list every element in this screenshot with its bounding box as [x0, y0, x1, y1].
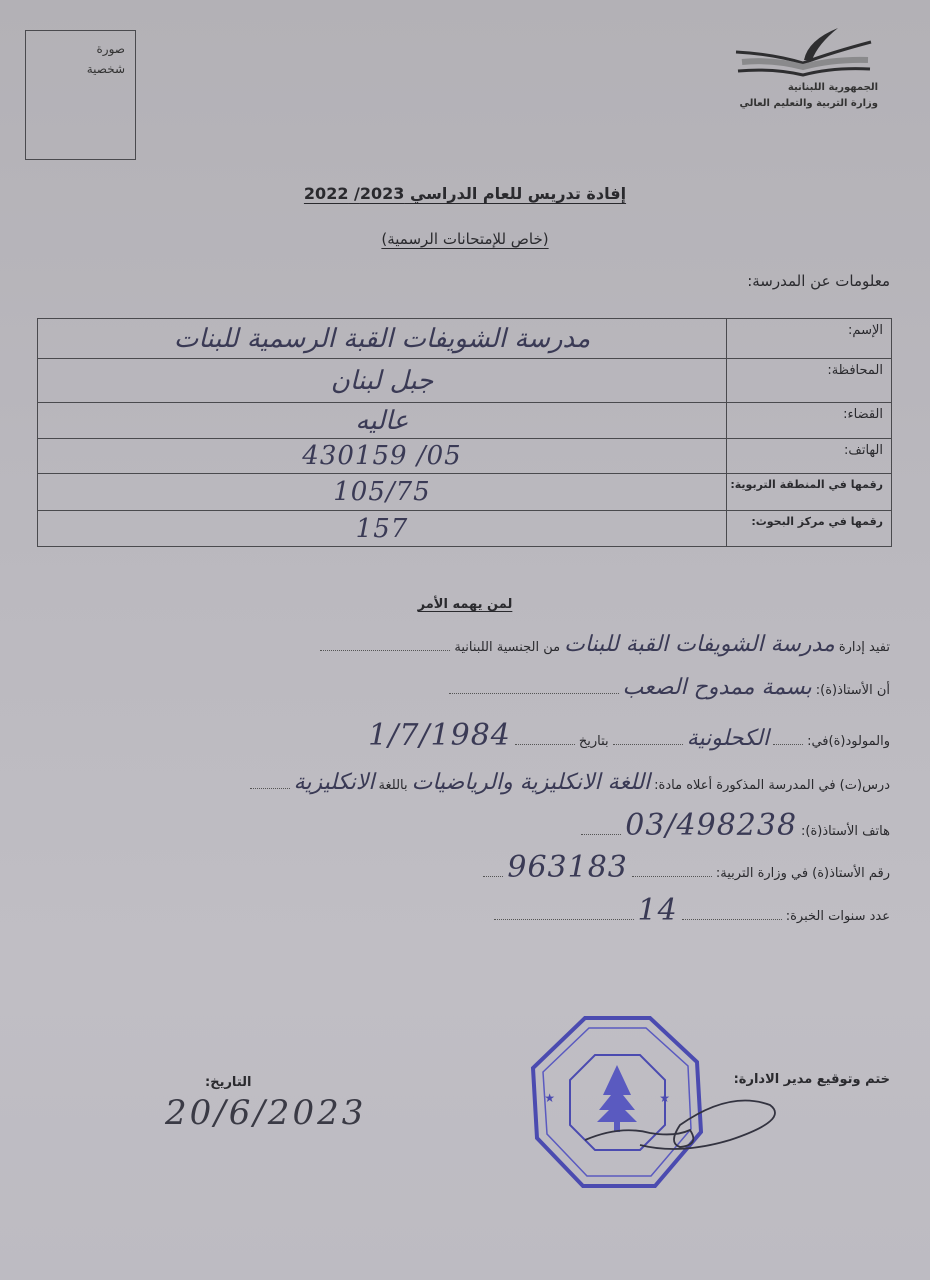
language-label: باللغة: [379, 778, 408, 793]
birthplace-value: الكحلونية: [687, 726, 769, 751]
ministry-logo: الجمهورية اللبنانية وزارة التربية والتعل…: [728, 22, 878, 112]
administration-value: مدرسة الشويفات القبة للبنات: [564, 632, 835, 657]
experience-line: عدد سنوات الخبرة: 14: [494, 893, 890, 928]
dotted-line: [581, 834, 621, 835]
phone-label: الهاتف:: [727, 439, 892, 474]
school-name-label: الإسم:: [727, 319, 892, 359]
dotted-line: [613, 744, 683, 745]
governorate-value: جبل لبنان: [38, 359, 727, 403]
ministry-number-label: رقم الأستاذ(ة) في وزارة التربية:: [716, 866, 890, 881]
table-row: الهاتف: 05/ 430159: [38, 439, 892, 474]
experience-value: 14: [638, 893, 678, 928]
birthplace-label: والمولود(ة)في:: [807, 734, 890, 749]
dotted-line: [515, 744, 575, 745]
table-row: المحافظة: جبل لبنان: [38, 359, 892, 403]
birthdate-label: بتاريخ: [579, 734, 609, 749]
subject-line: درس(ت) في المدرسة المذكورة أعلاه مادة: ا…: [250, 770, 890, 795]
administration-prefix: تفيد إدارة: [839, 640, 890, 655]
to-whom-it-may-concern: لمن يهمه الأمر: [0, 597, 930, 612]
educational-zone-number-label: رقمها في المنطقة التربوية:: [727, 474, 892, 511]
dotted-line: [494, 919, 634, 920]
table-row: رقمها في مركز البحوث: 157: [38, 511, 892, 547]
dotted-line: [483, 876, 503, 877]
republic-name: الجمهورية اللبنانية: [788, 82, 878, 93]
ministry-number-value: 963183: [507, 850, 628, 885]
table-row: الإسم: مدرسة الشويفات القبة الرسمية للبن…: [38, 319, 892, 359]
educational-zone-number-value: 105/75: [38, 474, 727, 511]
governorate-label: المحافظة:: [727, 359, 892, 403]
research-center-number-value: 157: [38, 511, 727, 547]
table-row: رقمها في المنطقة التربوية: 105/75: [38, 474, 892, 511]
nationality-suffix: من الجنسية اللبنانية: [454, 640, 560, 655]
dotted-line: [773, 744, 803, 745]
teacher-line: أن الأستاذ(ة): بسمة ممدوح الصعب: [449, 675, 890, 700]
subject-label: درس(ت) في المدرسة المذكورة أعلاه مادة:: [654, 778, 890, 793]
subject-value: اللغة الانكليزية والرياضيات: [412, 770, 651, 795]
teacher-value: بسمة ممدوح الصعب: [623, 675, 812, 700]
ministry-number-line: رقم الأستاذ(ة) في وزارة التربية: 963183: [483, 850, 890, 885]
research-center-number-label: رقمها في مركز البحوث:: [727, 511, 892, 547]
photo-placeholder-box: صورة شخصية: [25, 30, 136, 160]
experience-label: عدد سنوات الخبرة:: [786, 909, 890, 924]
district-label: القضاء:: [727, 403, 892, 439]
school-name-value: مدرسة الشويفات القبة الرسمية للبنات: [38, 319, 727, 359]
teacher-phone-line: هاتف الأستاذ(ة): 03/498238: [581, 808, 890, 843]
open-book-feather-icon: [728, 22, 878, 80]
certificate-page: صورة شخصية الجمهورية اللبنانية وزارة الت…: [0, 0, 930, 1280]
birth-line: والمولود(ة)في: الكحلونية بتاريخ 1/7/1984: [368, 718, 890, 753]
dotted-line: [632, 876, 712, 877]
dotted-line: [320, 650, 450, 651]
dotted-line: [449, 693, 619, 694]
administration-line: تفيد إدارة مدرسة الشويفات القبة للبنات م…: [320, 632, 890, 657]
dotted-line: [250, 788, 290, 789]
teacher-phone-value: 03/498238: [625, 808, 797, 843]
district-value: عاليه: [38, 403, 727, 439]
director-signature: [580, 1085, 790, 1165]
birthdate-value: 1/7/1984: [368, 718, 511, 753]
date-value: 20/6/2023: [165, 1093, 366, 1133]
table-row: القضاء: عاليه: [38, 403, 892, 439]
document-title: إفادة تدريس للعام الدراسي 2023/ 2022: [0, 184, 930, 203]
document-subtitle: (خاص للإمتحانات الرسمية): [0, 230, 930, 248]
teacher-label: أن الأستاذ(ة):: [816, 683, 890, 698]
svg-text:★: ★: [544, 1091, 555, 1105]
ministry-name: وزارة التربية والتعليم العالي: [740, 98, 878, 109]
phone-value: 05/ 430159: [38, 439, 727, 474]
school-info-table: الإسم: مدرسة الشويفات القبة الرسمية للبن…: [37, 318, 892, 547]
dotted-line: [682, 919, 782, 920]
photo-label-line2: شخصية: [87, 59, 125, 79]
teacher-phone-label: هاتف الأستاذ(ة):: [801, 824, 890, 839]
photo-label-line1: صورة: [87, 39, 125, 59]
date-label: التاريخ:: [205, 1075, 251, 1090]
language-value: الانكليزية: [294, 770, 375, 795]
school-info-heading: معلومات عن المدرسة:: [747, 272, 890, 290]
